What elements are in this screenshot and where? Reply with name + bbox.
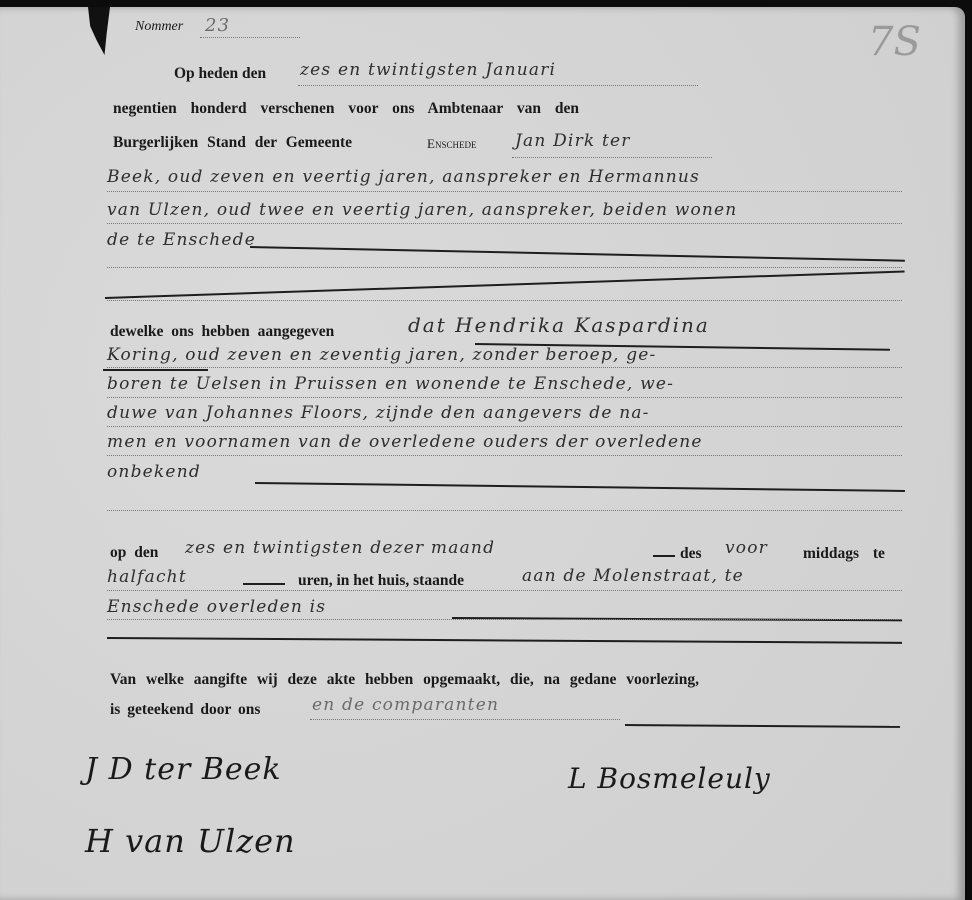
p1-line1-printed: Op heden den <box>174 65 266 83</box>
p2-line2-hand: Koring, oud zeven en zeventig jaren, zon… <box>107 345 657 365</box>
strike-line <box>107 637 902 644</box>
p2-line6-hand: onbekend <box>107 462 201 482</box>
rule <box>107 426 902 427</box>
p3-voor-hand: voor <box>725 538 768 558</box>
rule <box>107 191 902 192</box>
municipality: Enschede <box>427 136 476 152</box>
rule <box>107 619 902 620</box>
rule <box>107 300 902 301</box>
dash <box>243 583 285 585</box>
number-value: 23 <box>205 15 230 36</box>
p3-address-hand: aan de Molenstraat, te <box>522 566 744 586</box>
rule <box>107 397 902 398</box>
dash <box>653 555 675 557</box>
rule <box>107 455 902 456</box>
p1-date-hand: zes en twintigsten Januari <box>300 60 556 80</box>
rule <box>310 719 620 720</box>
p4-line1-printed: Van welke aangifte wij deze akte hebben … <box>110 671 699 689</box>
p1-line2-printed: negentien honderd verschenen voor ons Am… <box>113 100 579 118</box>
p3-line2-printed: uren, in het huis, staande <box>298 572 464 590</box>
certificate-sheet: Nommer 23 7S Op heden den zes en twintig… <box>0 7 965 900</box>
p2-line3-hand: boren te Uelsen in Pruissen en wonende t… <box>107 374 674 394</box>
rule <box>107 367 902 368</box>
signature-declarant1: J D ter Beek <box>85 752 282 787</box>
signature-declarant2: H van Ulzen <box>85 822 296 860</box>
strike-line <box>250 246 905 262</box>
p4-hand: en de comparanten <box>312 695 499 715</box>
p3-line1-printed-a: op den <box>110 544 158 562</box>
number-label: Nommer <box>135 19 183 35</box>
p3-date-hand: zes en twintigsten dezer maand <box>185 538 495 558</box>
strike-line <box>255 482 905 492</box>
p3-des: des <box>680 545 702 563</box>
p4-line2-printed: is geteekend door ons <box>110 701 260 719</box>
p2-line4-hand: duwe van Johannes Floors, zijnde den aan… <box>107 403 650 423</box>
p2-line1-printed: dewelke ons hebben aangegeven <box>110 323 334 341</box>
paper-clip <box>88 7 110 55</box>
rule <box>107 267 902 268</box>
rule <box>107 510 902 511</box>
number-line <box>200 37 300 38</box>
rule <box>107 590 902 591</box>
p3-line1-printed-c: middags te <box>803 545 885 563</box>
p2-line5-hand: men en voornamen van de overledene ouder… <box>107 432 703 452</box>
p3-time-hand: halfacht <box>107 567 187 587</box>
p1-line3-printed: Burgerlijken Stand der Gemeente <box>113 134 352 152</box>
p1-line4-hand: Beek, oud zeven en veertig jaren, aanspr… <box>107 167 700 187</box>
rule <box>298 85 698 86</box>
signature-registrar: L Bosmeleuly <box>568 762 771 795</box>
strike-line <box>105 270 905 299</box>
strike-line <box>625 724 900 728</box>
p1-line5-hand: van Ulzen, oud twee en veertig jaren, aa… <box>107 200 737 220</box>
p1-line6-hand: de te Enschede <box>107 230 256 250</box>
rule <box>512 157 712 158</box>
p3-line3-hand: Enschede overleden is <box>107 597 326 617</box>
rule <box>107 223 902 224</box>
p2-deceased-name: dat Hendrika Kaspardina <box>408 313 710 337</box>
p1-declarant1-name: Jan Dirk ter <box>515 131 631 151</box>
margin-annotation: 7S <box>868 19 921 65</box>
name-underline <box>103 369 208 371</box>
